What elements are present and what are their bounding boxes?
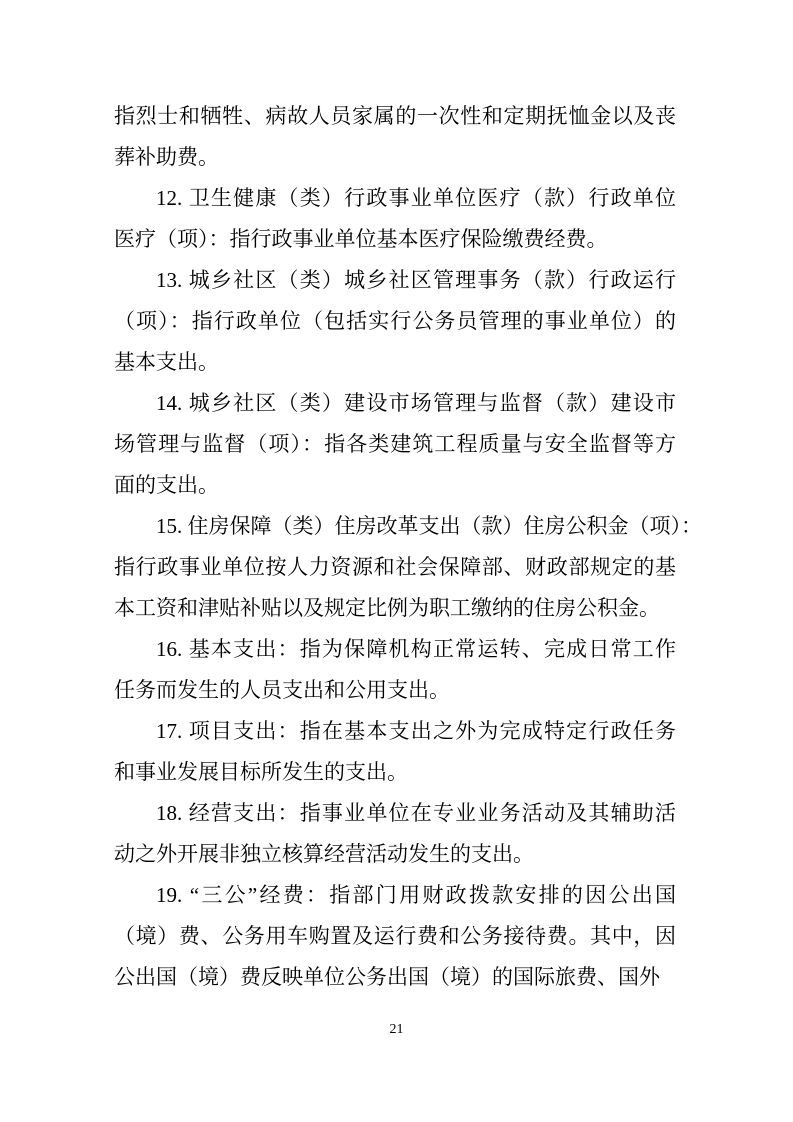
document-page: 指烈士和牺牲、病故人员家属的一次性和定期抚恤金以及丧葬补助费。12. 卫生健康（…: [0, 0, 793, 1122]
page-number: 21: [0, 1020, 793, 1040]
text-line: 面的支出。: [114, 465, 676, 506]
text-line: 公出国（境）费反映单位公务出国（境）的国际旅费、国外: [114, 957, 676, 998]
text-line: 医疗（项）：指行政事业单位基本医疗保险缴费经费。: [114, 219, 676, 260]
document-body: 指烈士和牺牲、病故人员家属的一次性和定期抚恤金以及丧葬补助费。12. 卫生健康（…: [114, 96, 676, 998]
paragraph: 指烈士和牺牲、病故人员家属的一次性和定期抚恤金以及丧葬补助费。: [114, 96, 676, 178]
paragraph: 18. 经营支出：指事业单位在专业业务活动及其辅助活动之外开展非独立核算经营活动…: [114, 793, 676, 875]
text-line: 场管理与监督（项）：指各类建筑工程质量与安全监督等方: [114, 424, 676, 465]
text-line: （项）：指行政单位（包括实行公务员管理的事业单位）的: [114, 301, 676, 342]
text-line: 基本支出。: [114, 342, 676, 383]
text-line: 16. 基本支出：指为保障机构正常运转、完成日常工作: [114, 629, 676, 670]
text-line: 15. 住房保障（类）住房改革支出（款）住房公积金（项）：: [114, 506, 676, 547]
text-line: 任务而发生的人员支出和公用支出。: [114, 670, 676, 711]
paragraph: 13. 城乡社区（类）城乡社区管理事务（款）行政运行（项）：指行政单位（包括实行…: [114, 260, 676, 383]
text-line: 14. 城乡社区（类）建设市场管理与监督（款）建设市: [114, 383, 676, 424]
text-line: （境）费、公务用车购置及运行费和公务接待费。其中，因: [114, 916, 676, 957]
text-line: 和事业发展目标所发生的支出。: [114, 752, 676, 793]
text-line: 指烈士和牺牲、病故人员家属的一次性和定期抚恤金以及丧: [114, 96, 676, 137]
text-line: 指行政事业单位按人力资源和社会保障部、财政部规定的基: [114, 547, 676, 588]
paragraph: 19. “三公”经费：指部门用财政拨款安排的因公出国（境）费、公务用车购置及运行…: [114, 875, 676, 998]
paragraph: 16. 基本支出：指为保障机构正常运转、完成日常工作任务而发生的人员支出和公用支…: [114, 629, 676, 711]
text-line: 18. 经营支出：指事业单位在专业业务活动及其辅助活: [114, 793, 676, 834]
paragraph: 17. 项目支出：指在基本支出之外为完成特定行政任务和事业发展目标所发生的支出。: [114, 711, 676, 793]
text-line: 葬补助费。: [114, 137, 676, 178]
paragraph: 15. 住房保障（类）住房改革支出（款）住房公积金（项）：指行政事业单位按人力资…: [114, 506, 676, 629]
text-line: 动之外开展非独立核算经营活动发生的支出。: [114, 834, 676, 875]
text-line: 12. 卫生健康（类）行政事业单位医疗（款）行政单位: [114, 178, 676, 219]
text-line: 17. 项目支出：指在基本支出之外为完成特定行政任务: [114, 711, 676, 752]
paragraph: 12. 卫生健康（类）行政事业单位医疗（款）行政单位医疗（项）：指行政事业单位基…: [114, 178, 676, 260]
text-line: 本工资和津贴补贴以及规定比例为职工缴纳的住房公积金。: [114, 588, 676, 629]
text-line: 13. 城乡社区（类）城乡社区管理事务（款）行政运行: [114, 260, 676, 301]
text-line: 19. “三公”经费：指部门用财政拨款安排的因公出国: [114, 875, 676, 916]
paragraph: 14. 城乡社区（类）建设市场管理与监督（款）建设市场管理与监督（项）：指各类建…: [114, 383, 676, 506]
